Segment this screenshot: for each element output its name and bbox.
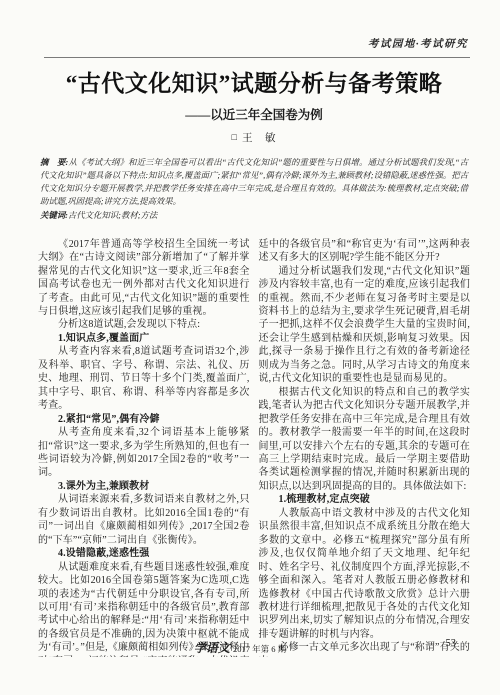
paragraph: 人教版高中语文教材中涉及的古代文化知识虽然很丰富,但知识点不成系统且分散在绝大多… — [259, 507, 471, 642]
section-heading: 1.梳理教材,定点突破 — [259, 493, 471, 506]
article-body: 《2017年普通高等学校招生全国统一考试大纲》在“古诗文阅读”部分新增加了“了解… — [38, 238, 470, 657]
section-heading: 4.设错隐蔽,迷惑性强 — [38, 547, 250, 560]
abstract-label: 摘 要: — [40, 158, 68, 167]
author-marker-icon: □ — [232, 132, 238, 142]
paragraph: 从考查角度来看,32个词语基本上能够紧扣“常识”这一要求,多为学生所熟知的,但也… — [38, 426, 250, 480]
paragraph: 从考查内容来看,8道试题考查词语32个,涉及科举、职官、字号、称谓、宗法、礼仪、… — [38, 345, 250, 412]
paragraph: 《2017年普通高等学校招生全国统一考试大纲》在“古诗文阅读”部分新增加了“了解… — [38, 238, 250, 319]
page-footer: 学语文2017 年第 6 期 53 — [38, 639, 470, 655]
paragraph: 通过分析试题我们发现,“古代文化知识”题涉及内容较丰富,也有一定的难度,应该引起… — [259, 265, 471, 386]
right-column: 廷中的各级官员”和“称官吏为‘有司’”,这两种表述又有多大的区别呢?学生能不能区… — [259, 238, 471, 657]
abstract-paragraph: 摘 要:从《考试大纲》和近三年全国卷可以看出“古代文化知识”题的重要性与日俱增。… — [40, 156, 468, 209]
section-heading: 3.课外为主,兼顾教材 — [38, 480, 250, 493]
paragraph: 从词语来源来看,多数词语来自教材之外,只有少数词语出自教材。比如2016全国1卷… — [38, 493, 250, 547]
page-number: 53 — [446, 638, 457, 649]
section-header: 考试园地·考试研究 — [38, 36, 470, 51]
article-subtitle: ——以近三年全国卷为例 — [38, 105, 470, 123]
header-divider — [44, 57, 470, 58]
journal-name: 学语文 — [194, 641, 230, 655]
author-name: 王 敏 — [242, 133, 277, 144]
keywords-label: 关键词: — [40, 211, 68, 220]
journal-page: 考试园地·考试研究 “古代文化知识”试题分析与备考策略 ——以近三年全国卷为例 … — [0, 0, 500, 695]
section-heading: 1.知识点多,覆盖面广 — [38, 332, 250, 345]
keywords-paragraph: 关键词:古代文化知识;教材;方法 — [40, 209, 468, 222]
article-title: “古代文化知识”试题分析与备考策略 — [38, 70, 470, 99]
paragraph-continuation: 廷中的各级官员”和“称官吏为‘有司’”,这两种表述又有多大的区别呢?学生能不能区… — [259, 238, 471, 265]
author-line: □王 敏 — [38, 130, 470, 145]
keywords-text: 古代文化知识;教材;方法 — [68, 211, 157, 220]
journal-issue-line: 学语文2017 年第 6 期 — [24, 639, 456, 656]
section-heading: 2.紧扣“常见”,偶有冷僻 — [38, 413, 250, 426]
paragraph: 根据古代文化知识的特点和自己的教学实践,笔者认为把古代文化知识分专题开展教学,并… — [259, 386, 471, 494]
abstract-block: 摘 要:从《考试大纲》和近三年全国卷可以看出“古代文化知识”题的重要性与日俱增。… — [38, 156, 470, 222]
abstract-text: 从《考试大纲》和近三年全国卷可以看出“古代文化知识”题的重要性与日俱增。通过分析… — [40, 158, 468, 207]
issue-text: 2017 年第 6 期 — [233, 644, 286, 654]
left-column: 《2017年普通高等学校招生全国统一考试大纲》在“古诗文阅读”部分新增加了“了解… — [38, 238, 250, 657]
paragraph: 分析这8道试题,会发现以下特点: — [38, 318, 250, 331]
